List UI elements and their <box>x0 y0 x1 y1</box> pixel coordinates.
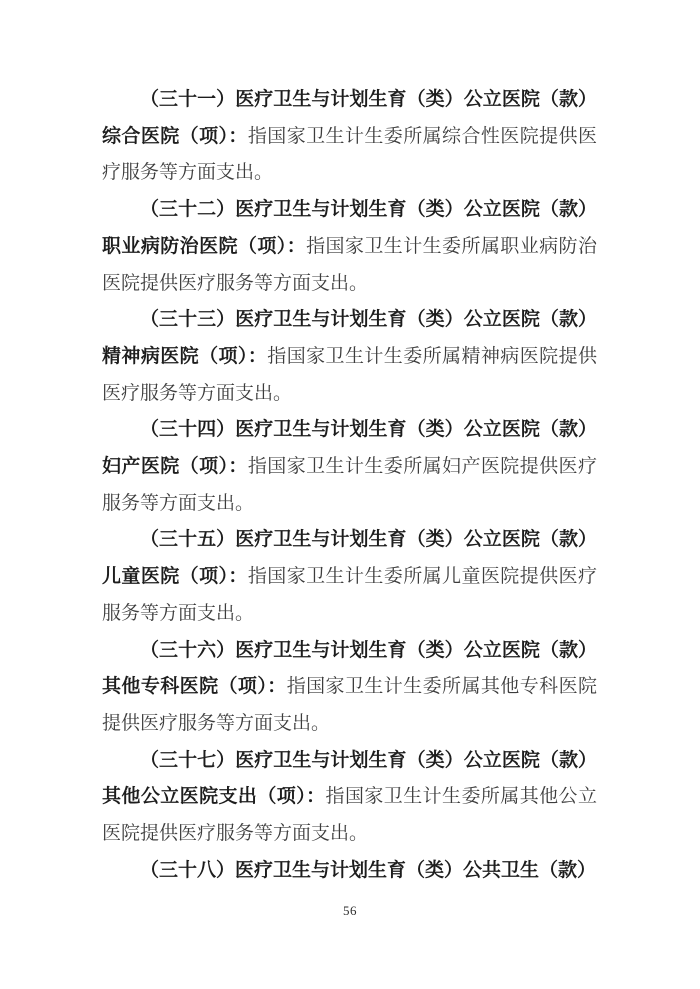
document-page: （三十一）医疗卫生与计划生育（类）公立医院（款）综合医院（项）：指国家卫生计生委… <box>0 0 700 989</box>
paragraph-31: （三十一）医疗卫生与计划生育（类）公立医院（款）综合医院（项）：指国家卫生计生委… <box>102 82 597 192</box>
text-body: （三十一）医疗卫生与计划生育（类）公立医院（款）综合医院（项）：指国家卫生计生委… <box>102 82 597 889</box>
paragraph-34: （三十四）医疗卫生与计划生育（类）公立医院（款）妇产医院（项）：指国家卫生计生委… <box>102 412 597 522</box>
paragraph-36: （三十六）医疗卫生与计划生育（类）公立医院（款）其他专科医院（项）：指国家卫生计… <box>102 633 597 743</box>
paragraph-37: （三十七）医疗卫生与计划生育（类）公立医院（款）其他公立医院支出（项）：指国家卫… <box>102 743 597 853</box>
paragraph-38-heading: （三十八）医疗卫生与计划生育（类）公共卫生（款） <box>140 860 596 881</box>
paragraph-32: （三十二）医疗卫生与计划生育（类）公立医院（款）职业病防治医院（项）：指国家卫生… <box>102 192 597 302</box>
paragraph-33: （三十三）医疗卫生与计划生育（类）公立医院（款）精神病医院（项）：指国家卫生计生… <box>102 302 597 412</box>
paragraph-38: （三十八）医疗卫生与计划生育（类）公共卫生（款） <box>102 853 597 890</box>
page-number: 56 <box>0 903 700 919</box>
paragraph-35: （三十五）医疗卫生与计划生育（类）公立医院（款）儿童医院（项）：指国家卫生计生委… <box>102 522 597 632</box>
